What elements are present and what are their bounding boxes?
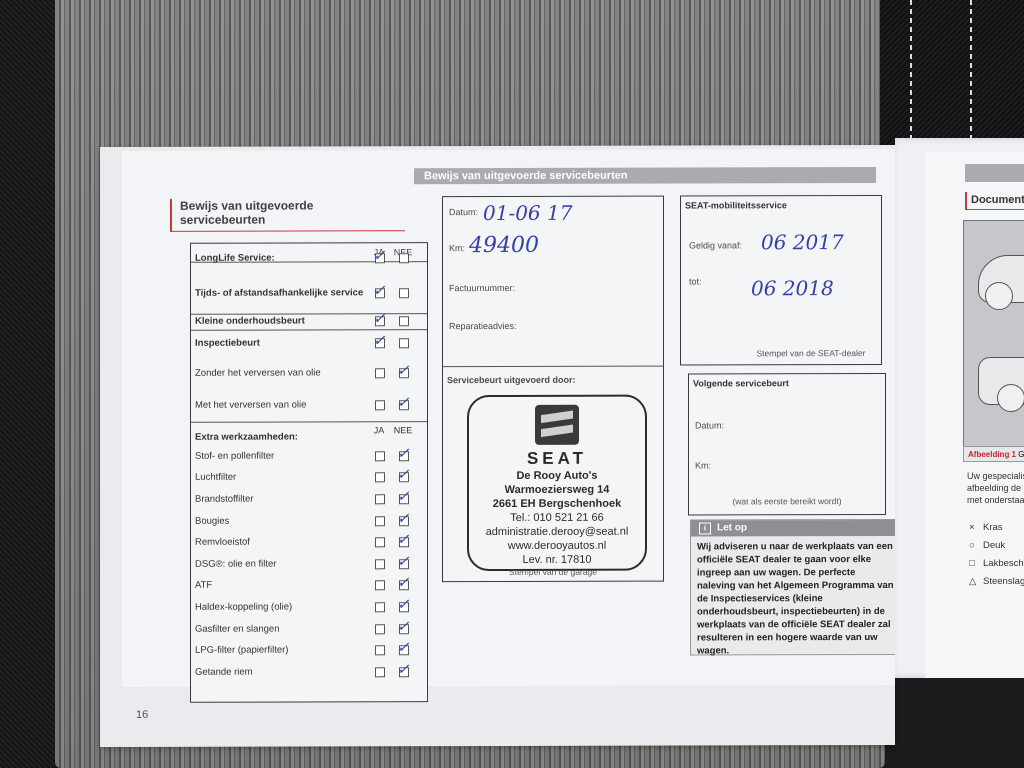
right-page-content: Documentatie van Afbeelding 1 Geldt vo U… [925,152,1024,678]
checklist-label: Kleine onderhoudsbeurt [195,316,305,327]
valid-from-value: 06 2017 [761,230,844,254]
next-datum-label: Datum: [695,420,724,430]
handwritten-check-icon: ✓ [397,577,410,589]
cross-icon: × [969,522,983,533]
handwritten-check-icon: ✓ [397,555,410,567]
checkbox-nee[interactable] [399,288,409,298]
checklist-label: Zonder het verversen van olie [195,367,321,378]
checklist-divider [191,421,427,423]
page-header: Bewijs van uitgevoerde servicebeurten [414,167,876,184]
handwritten-check-icon: ✓ [373,334,386,346]
dealer-box: Servicebeurt uitgevoerd door: SEAT De Ro… [442,366,664,583]
checklist-label: LongLife Service: [195,253,275,264]
checklist-label: Luchtfilter [195,472,236,483]
checklist-rows: LongLife Service:✓Tijds- of afstandsafha… [191,262,427,263]
column-nee: NEE [391,425,415,435]
legend-kras: ×Kras [969,522,1003,533]
handwritten-check-icon: ✓ [373,249,386,261]
checkbox-ja[interactable] [375,559,385,569]
seat-stitch [970,0,972,145]
stamp-dealer: De Rooy Auto's [469,469,645,483]
car-rear-view-icon [978,357,1024,405]
figure-caption: Afbeelding 1 Geldt vo [963,446,1024,462]
column-ja: JA [369,425,389,435]
wheel-icon [985,282,1013,310]
dealer-stamp: SEAT De Rooy Auto's Warmoeziersweg 14 26… [467,395,647,571]
km-label: Km: [449,243,465,253]
handwritten-check-icon: ✓ [397,641,410,653]
stamp-brand: SEAT [469,449,645,469]
checkbox-ja[interactable] [375,494,385,504]
checkbox-ja[interactable] [375,667,385,677]
checklist-row: Inspectiebeurt✓ [191,329,427,358]
checkbox-ja[interactable] [375,516,385,526]
notice-box: iLet op Wij adviseren u naar de werkplaa… [690,519,902,656]
checklist-label: Getande riem [195,666,253,677]
page-number: 16 [136,709,148,721]
extra-work-header: Extra werkzaamheden:JANEE [191,425,427,446]
checklist-row: Bougies✓ [191,510,427,532]
checklist-label: Haldex-koppeling (olie) [195,602,292,613]
checklist-row: Zonder het verversen van olie✓ [191,357,427,390]
checklist-row: Getande riem✓ [191,661,427,683]
handwritten-check-icon: ✓ [397,490,410,502]
checklist-label: Met het verversen van olie [195,400,306,411]
checklist-row: Haldex-koppeling (olie)✓ [191,596,427,618]
checkbox-ja[interactable] [375,624,385,634]
notice-header: iLet op [691,520,901,537]
service-record-box: Datum: 01-06 17 Km: 49400 Factuurnummer:… [442,196,664,369]
checklist-row: Gasfilter en slangen✓ [191,618,427,640]
checklist-row: Kleine onderhoudsbeurt✓ [191,313,427,330]
stamp-street: Warmoeziersweg 14 [469,483,645,497]
wheel-icon [997,384,1024,412]
checklist-row: LPG-filter (papierfilter)✓ [191,640,427,662]
background-seat-left [0,0,58,768]
stamp-dealer-number: Lev. nr. 17810 [469,553,645,567]
checklist-label: Stof- en pollenfilter [195,450,274,461]
extra-work-title: Extra werkzaamheden: [195,432,298,443]
handwritten-check-icon: ✓ [397,598,410,610]
stamp-city: 2661 EH Bergschenhoek [469,497,645,511]
checklist-row: LongLife Service:✓ [191,243,427,274]
right-intro-text: Uw gespecialiseerde afbeelding de besch … [967,470,1024,506]
handwritten-check-icon: ✓ [373,284,386,296]
legend-deuk: ○Deuk [969,540,1005,551]
checklist-row: Brandstoffilter✓ [191,488,427,510]
checklist-row: Met het verversen van olie✓ [191,389,427,422]
next-service-box: Volgende servicebeurt Datum: Km: (wat al… [688,373,886,516]
checklist-row: Luchtfilter✓ [191,467,427,489]
handwritten-check-icon: ✓ [397,620,410,632]
circle-icon: ○ [969,540,983,551]
triangle-icon: △ [969,576,983,587]
stamp-email: administratie.derooy@seat.nl [469,525,645,539]
checkbox-ja[interactable] [375,400,385,410]
checkbox-ja[interactable] [375,581,385,591]
handwritten-check-icon: ✓ [397,533,410,545]
km-value: 49400 [469,233,539,258]
checkbox-ja[interactable] [375,645,385,655]
notice-body: Wij adviseren u naar de werkplaats van e… [691,536,901,662]
performed-by-label: Servicebeurt uitgevoerd door: [447,375,576,385]
service-checklist: JA NEE LongLife Service:✓Tijds- of afsta… [190,242,428,703]
legend-steenslag: △Steenslag [969,576,1024,587]
handwritten-check-icon: ✓ [397,512,410,524]
checklist-label: Brandstoffilter [195,494,253,505]
checklist-row: Tijds- of afstandsafhankelijke service✓ [191,273,427,314]
checkbox-ja[interactable] [375,368,385,378]
checkbox-ja[interactable] [375,451,385,461]
next-service-caption: (wat als eerste bereikt wordt) [689,496,885,507]
checklist-row: Stof- en pollenfilter✓ [191,445,427,467]
right-section-title: Documentatie van [965,192,1024,210]
checklist-label: Gasfilter en slangen [195,623,280,634]
checkbox-ja[interactable] [375,602,385,612]
handwritten-check-icon: ✓ [397,396,410,408]
legend-lakbeschadiging: □Lakbeschadig [969,558,1024,569]
until-value: 06 2018 [751,276,834,300]
checklist-label: DSG®: olie en filter [195,558,276,569]
checklist-row: DSG®: olie en filter✓ [191,553,427,575]
car-front-view-icon [978,255,1024,303]
checkbox-nee[interactable] [399,253,409,263]
left-page: Bewijs van uitgevoerde servicebeurten Be… [100,145,895,747]
handwritten-check-icon: ✓ [397,469,410,481]
seat-stitch [910,0,912,145]
checklist-row: ATF✓ [191,575,427,597]
square-icon: □ [969,558,983,569]
until-label: tot: [689,276,702,286]
checklist-label: Remvloeistof [195,537,250,548]
service-booklet: Bewijs van uitgevoerde servicebeurten Be… [100,146,1024,746]
datum-value: 01-06 17 [483,201,572,225]
checkbox-nee[interactable] [399,316,409,326]
seat-logo-icon [535,405,579,445]
checklist-row: Remvloeistof✓ [191,532,427,554]
mobility-service-box: SEAT-mobiliteitsservice Geldig vanaf: 06… [680,195,882,366]
checkbox-ja[interactable] [375,537,385,547]
stamp-caption: Stempel van de garage [443,567,663,578]
stamp-website: www.derooyautos.nl [469,539,645,553]
stamp-phone: Tel.: 010 521 21 66 [469,511,645,525]
checklist-label: Inspectiebeurt [195,338,260,349]
right-page-header [965,164,1024,182]
right-page: Documentatie van Afbeelding 1 Geldt vo U… [895,138,1024,678]
handwritten-check-icon: ✓ [397,447,410,459]
section-title: Bewijs van uitgevoerde servicebeurten [170,198,405,232]
checkbox-nee[interactable] [399,338,409,348]
handwritten-check-icon: ✓ [397,364,410,376]
reparatieadvies-label: Reparatieadvies: [449,321,517,331]
left-page-content: Bewijs van uitgevoerde servicebeurten Be… [122,149,895,687]
checklist-label: LPG-filter (papierfilter) [195,645,288,656]
background-seat-right [880,0,1024,150]
next-service-title: Volgende servicebeurt [693,378,789,388]
next-km-label: Km: [695,460,711,470]
checklist-label: ATF [195,580,212,591]
checklist-label: Bougies [195,515,229,526]
factuurnummer-label: Factuurnummer: [449,283,515,293]
handwritten-check-icon: ✓ [397,663,410,675]
car-damage-figure [963,220,1024,447]
mobility-title: SEAT-mobiliteitsservice [685,200,787,210]
checklist-label: Tijds- of afstandsafhankelijke service [195,287,363,298]
info-icon: i [699,522,711,534]
mobility-caption: Stempel van de SEAT-dealer [681,348,881,359]
datum-label: Datum: [449,207,478,217]
checkbox-ja[interactable] [375,473,385,483]
valid-from-label: Geldig vanaf: [689,240,742,250]
